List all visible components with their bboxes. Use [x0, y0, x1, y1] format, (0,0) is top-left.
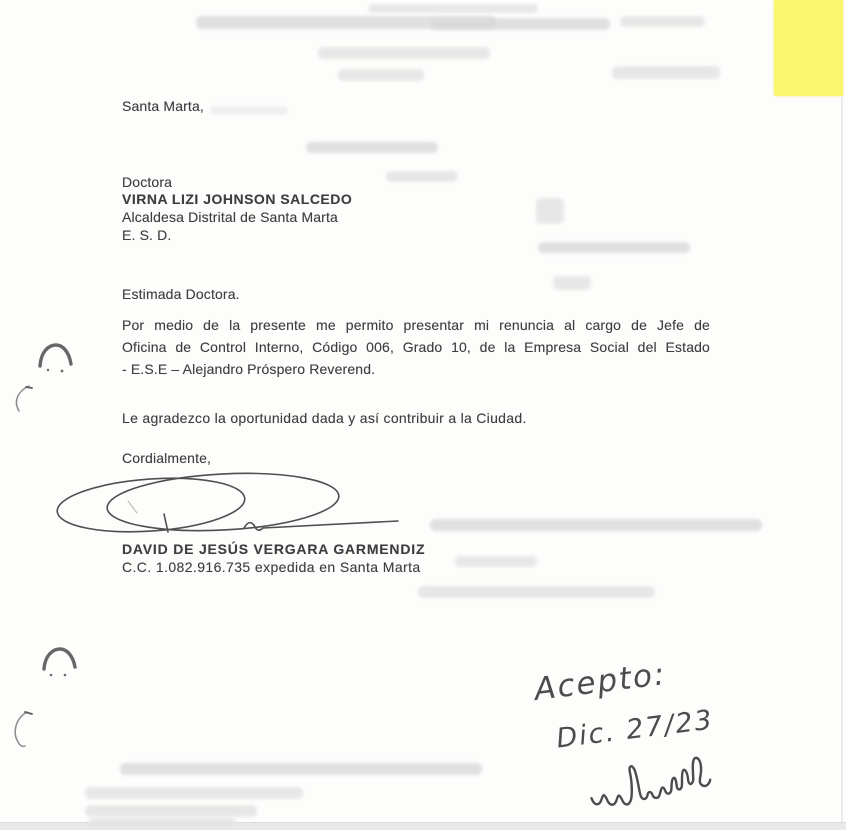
scanned-letter-page: Santa Marta, Doctora VIRNA LIZI JOHNSON … — [0, 0, 846, 830]
staple-mark-bottom — [10, 708, 40, 752]
handwritten-date: Dic. 27/23 — [555, 704, 716, 754]
bleedthrough-smudge — [338, 69, 424, 81]
hole-punch-mark-top — [36, 340, 76, 376]
recipient-esd: E. S. D. — [122, 227, 171, 244]
body-line: Oficina de Control Interno, Código 006, … — [122, 336, 710, 358]
signature-drawing — [52, 470, 402, 538]
recipient-title: Alcaldesa Distrital de Santa Marta — [122, 209, 338, 226]
bleedthrough-smudge — [620, 16, 705, 27]
recipient-name: VIRNA LIZI JOHNSON SALCEDO — [122, 191, 352, 208]
bleedthrough-smudge — [536, 198, 564, 224]
bleedthrough-smudge — [85, 787, 303, 799]
bleedthrough-smudge — [88, 818, 236, 827]
bleedthrough-smudge — [612, 66, 720, 79]
bleedthrough-smudge — [85, 805, 257, 817]
body-line: - E.S.E – Alejandro Próspero Reverend. — [122, 358, 710, 380]
bleedthrough-smudge — [120, 763, 482, 775]
bleedthrough-smudge — [430, 519, 762, 531]
body-line: Por medio de la presente me permito pres… — [122, 314, 710, 336]
bleedthrough-smudge — [318, 47, 490, 59]
bleedthrough-smudge — [553, 276, 591, 290]
greeting-line: Estimada Doctora. — [122, 286, 240, 303]
bleedthrough-smudge — [430, 18, 610, 30]
sticky-note — [774, 0, 843, 96]
bleedthrough-smudge — [538, 242, 690, 253]
signer-name: DAVID DE JESÚS VERGARA GARMENDIZ — [122, 541, 425, 558]
recipient-salutation: Doctora — [122, 174, 172, 191]
staple-mark-top — [10, 383, 36, 415]
signer-id-line: C.C. 1.082.916.735 expedida en Santa Mar… — [122, 559, 421, 576]
handwritten-acepto: Acepto: — [532, 656, 668, 708]
scan-edge-line — [841, 96, 843, 822]
city-date-line: Santa Marta, — [122, 98, 204, 115]
bleedthrough-smudge — [368, 4, 538, 13]
bleedthrough-smudge — [418, 586, 655, 598]
handwritten-initials-scribble — [584, 750, 716, 812]
bleedthrough-smudge — [386, 171, 458, 182]
thanks-line: Le agradezco la oportunidad dada y así c… — [122, 410, 527, 427]
bleedthrough-smudge — [455, 556, 537, 567]
hole-punch-mark-bottom — [40, 644, 80, 680]
bleedthrough-smudge — [306, 142, 438, 153]
body-paragraph: Por medio de la presente me permito pres… — [122, 314, 710, 380]
bleedthrough-smudge — [210, 106, 288, 115]
closing-line: Cordialmente, — [122, 450, 211, 467]
